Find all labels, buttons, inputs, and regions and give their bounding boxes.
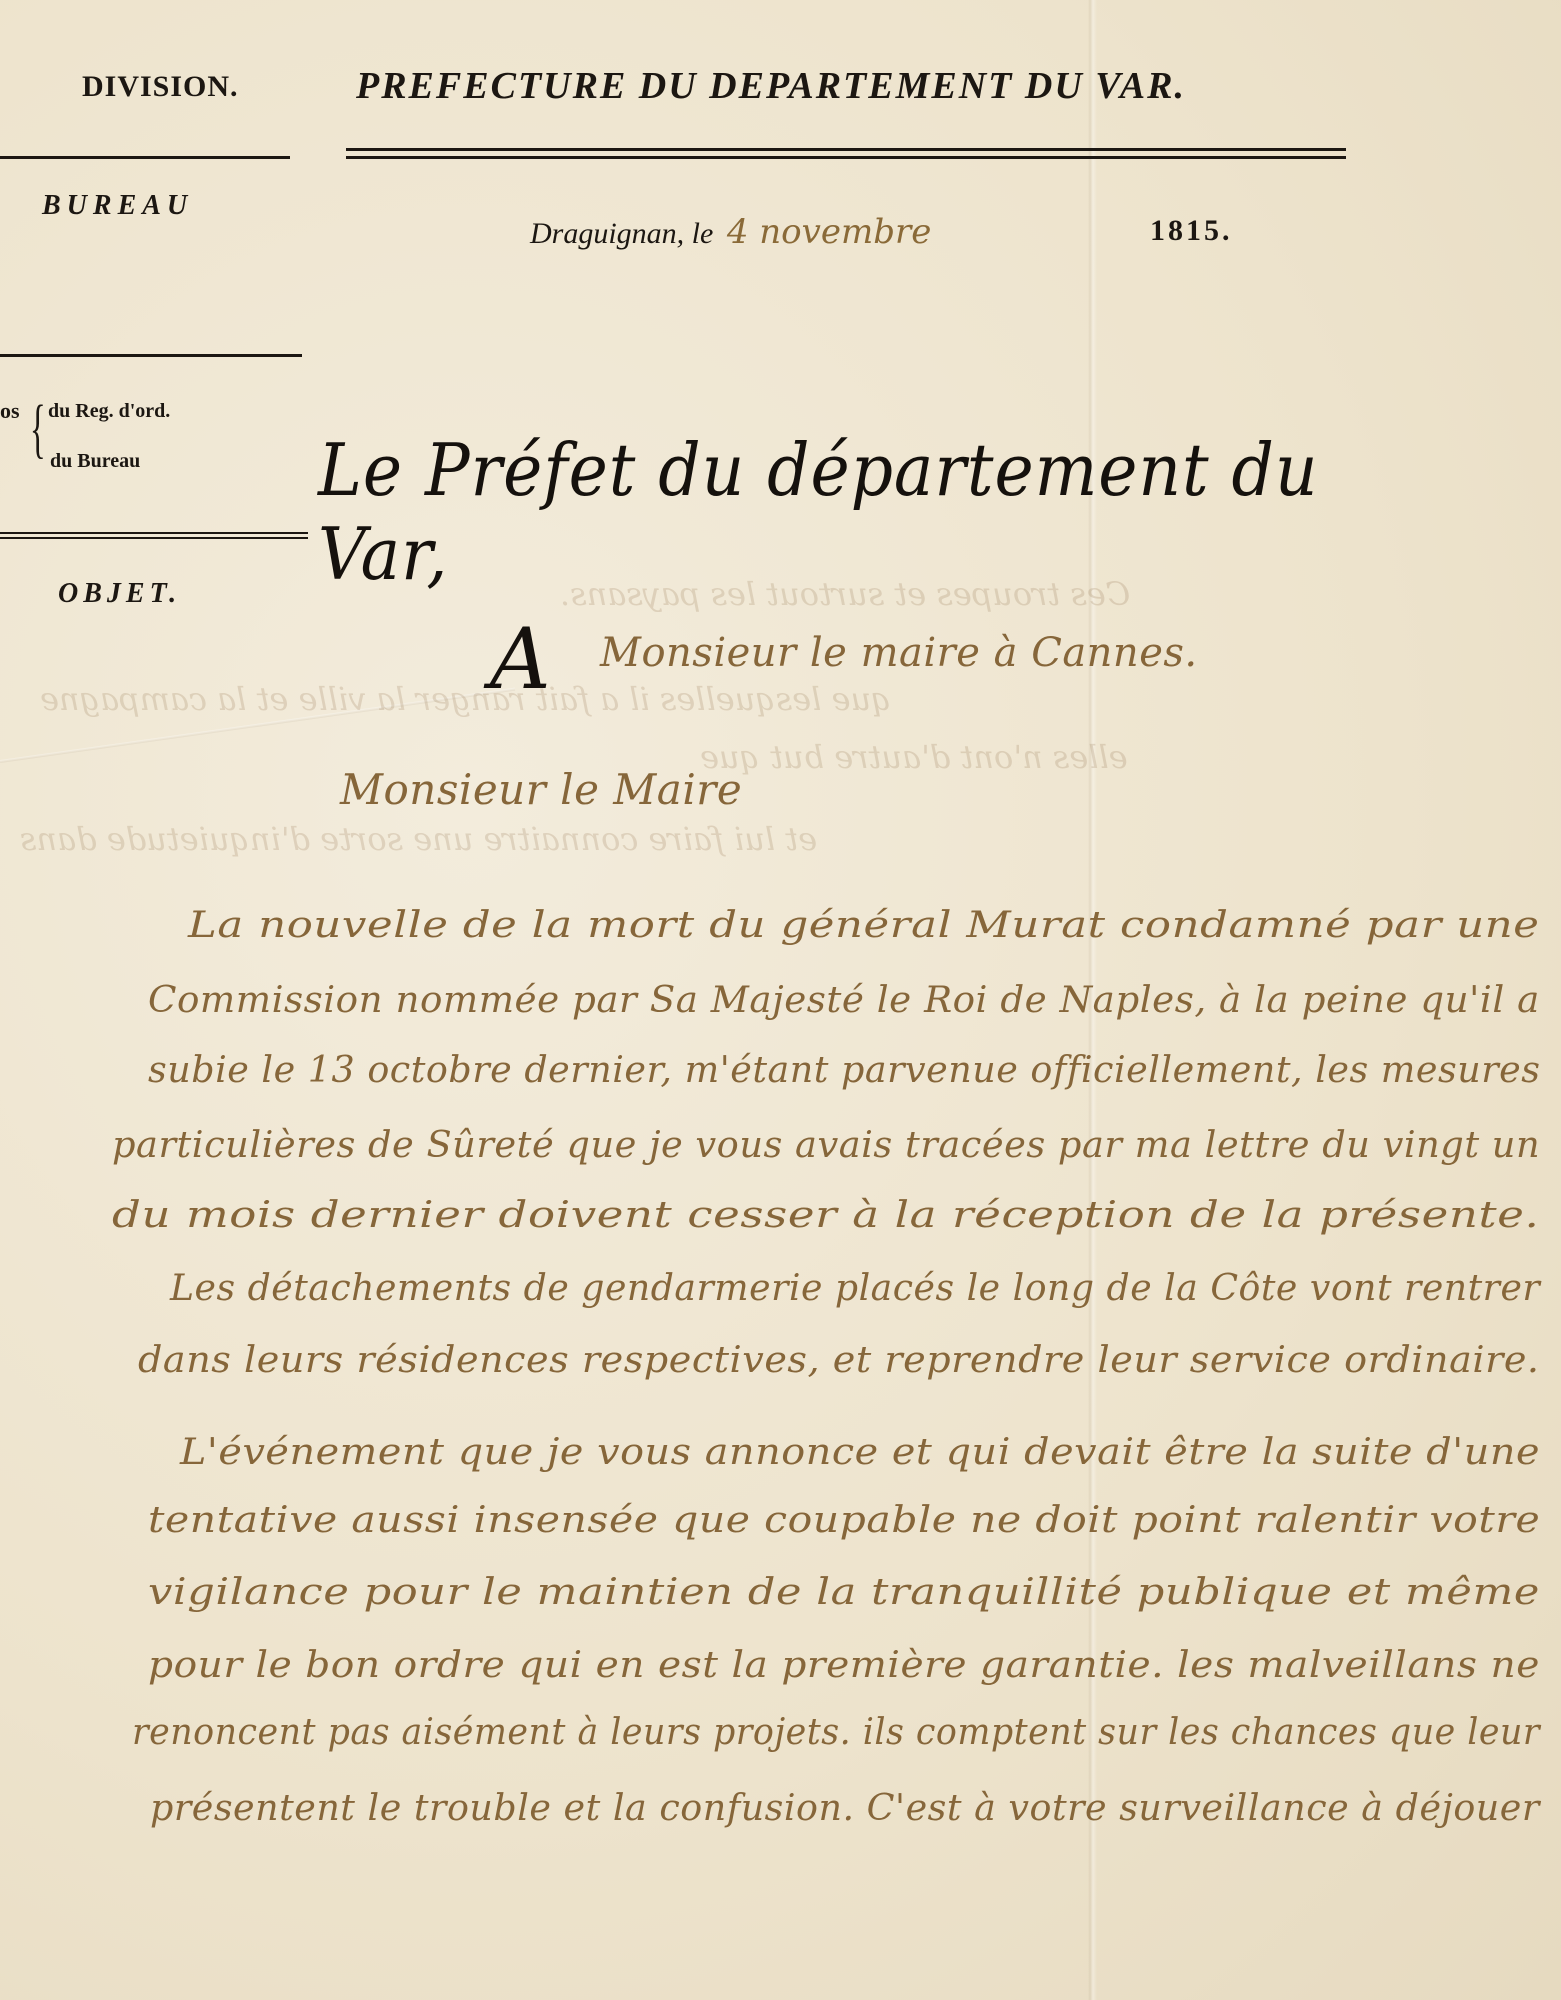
salutation: Monsieur le Maire [340,765,742,814]
addressee-a: A [490,610,551,708]
bleed-through-text: elles n'ont d'autre but que [700,738,1128,776]
body-line: Les détachements de gendarmerie placés l… [170,1268,1540,1309]
letter-page: Ces troupes et surtout les paysans. que … [0,0,1561,2000]
prefecture-heading: PREFECTURE DU DEPARTEMENT DU VAR. [356,64,1186,108]
body-line: subie le 13 octobre dernier, m'étant par… [148,1050,1540,1091]
recipient: Monsieur le maire à Cannes. [600,630,1198,676]
body-line: particulières de Sûreté que je vous avai… [112,1125,1540,1166]
divider-rule [0,354,302,357]
objet-label: OBJET. [58,578,181,610]
body-line: Commission nommée par Sa Majesté le Roi … [148,980,1540,1021]
body-line: La nouvelle de la mort du général Murat … [188,905,1540,946]
body-line: du mois dernier doivent cesser à la réce… [112,1195,1539,1236]
brace-icon: { [30,396,46,462]
year: 1815. [1150,214,1233,248]
double-rule [346,148,1346,159]
body-line: renoncent pas aisément à leurs projets. … [132,1712,1540,1753]
date-handwritten: 4 novembre [727,212,932,252]
division-label: DIVISION. [82,70,239,104]
nos-label: os [0,398,20,424]
body-line: L'événement que je vous annonce et qui d… [180,1432,1540,1473]
bleed-through-text: que lesquelles il a fait ranger la ville… [40,680,892,718]
reg-label: du Reg. d'ord. [48,400,170,423]
bureau-number-label: du Bureau [50,450,140,473]
bleed-through-text: et lui faire connaitre une sorte d'inqui… [20,820,817,858]
body-line: présentent le trouble et la confusion. C… [150,1788,1540,1829]
double-rule [0,532,308,539]
prefect-title: Le Préfet du département du Var, [318,428,1462,596]
divider-rule [0,156,290,159]
body-line: pour le bon ordre qui en est la première… [148,1645,1540,1686]
bureau-label: BUREAU [42,190,193,222]
place-date: Draguignan, le 4 novembre [530,212,937,252]
body-line: dans leurs résidences respectives, et re… [138,1340,1540,1381]
body-line: tentative aussi insensée que coupable ne… [148,1500,1540,1541]
body-line: vigilance pour le maintien de la tranqui… [148,1572,1540,1613]
place-prefix: Draguignan, le [530,217,713,250]
